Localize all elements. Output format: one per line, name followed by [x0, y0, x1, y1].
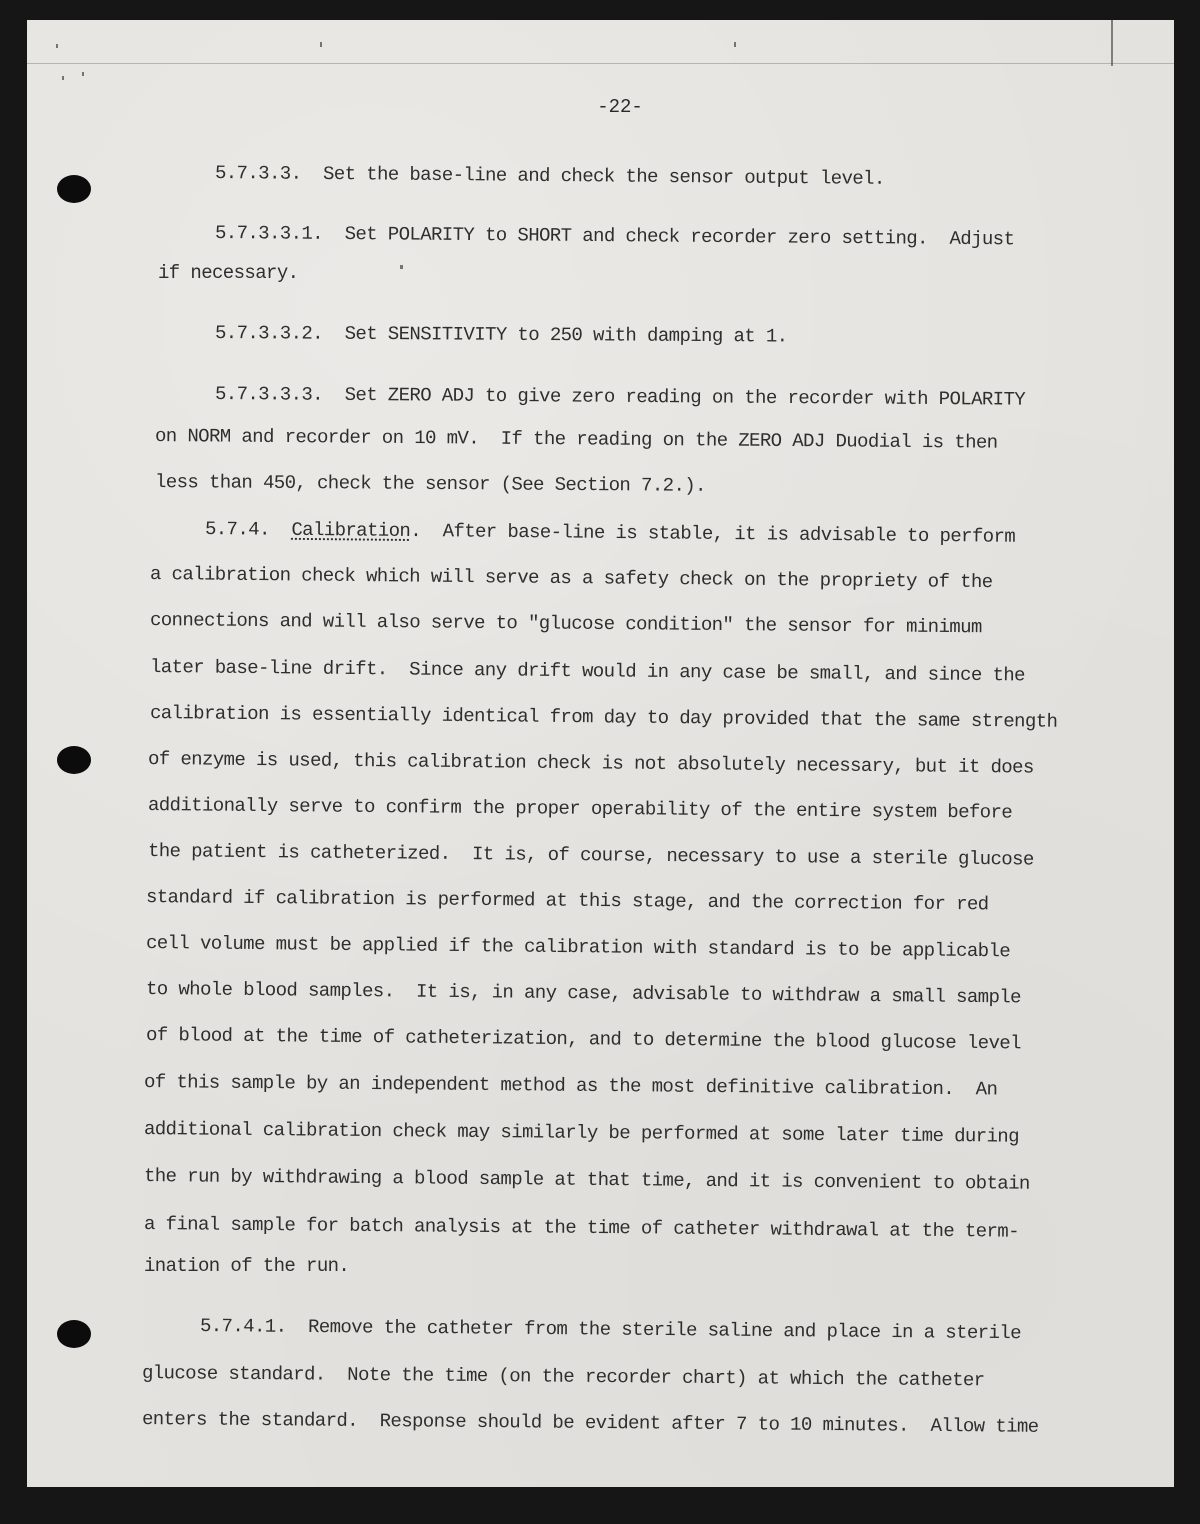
punch-hole-top — [57, 175, 91, 203]
paragraph-line: ination of the run. — [144, 1255, 349, 1277]
speck — [62, 76, 64, 80]
speck — [82, 72, 84, 76]
section-title-calibration: Calibration — [291, 519, 410, 542]
page-number: -22- — [0, 96, 1200, 118]
speck — [734, 42, 736, 47]
section-5-7-3-3-1-line-2: if necessary. — [158, 262, 298, 284]
speck — [320, 42, 322, 47]
section-5-7-3-3-2: 5.7.3.3.2. Set SENSITIVITY to 250 with d… — [215, 322, 788, 347]
section-number: 5.7.4. — [205, 518, 292, 541]
corner-mark — [1111, 20, 1113, 66]
header-rule-line — [27, 63, 1174, 64]
section-5-7-3-3-3-line-3: less than 450, check the sensor (See Sec… — [155, 471, 706, 497]
punch-hole-bottom — [57, 1320, 91, 1348]
punch-hole-middle — [57, 746, 91, 774]
speck — [56, 44, 58, 48]
speck — [400, 265, 403, 269]
